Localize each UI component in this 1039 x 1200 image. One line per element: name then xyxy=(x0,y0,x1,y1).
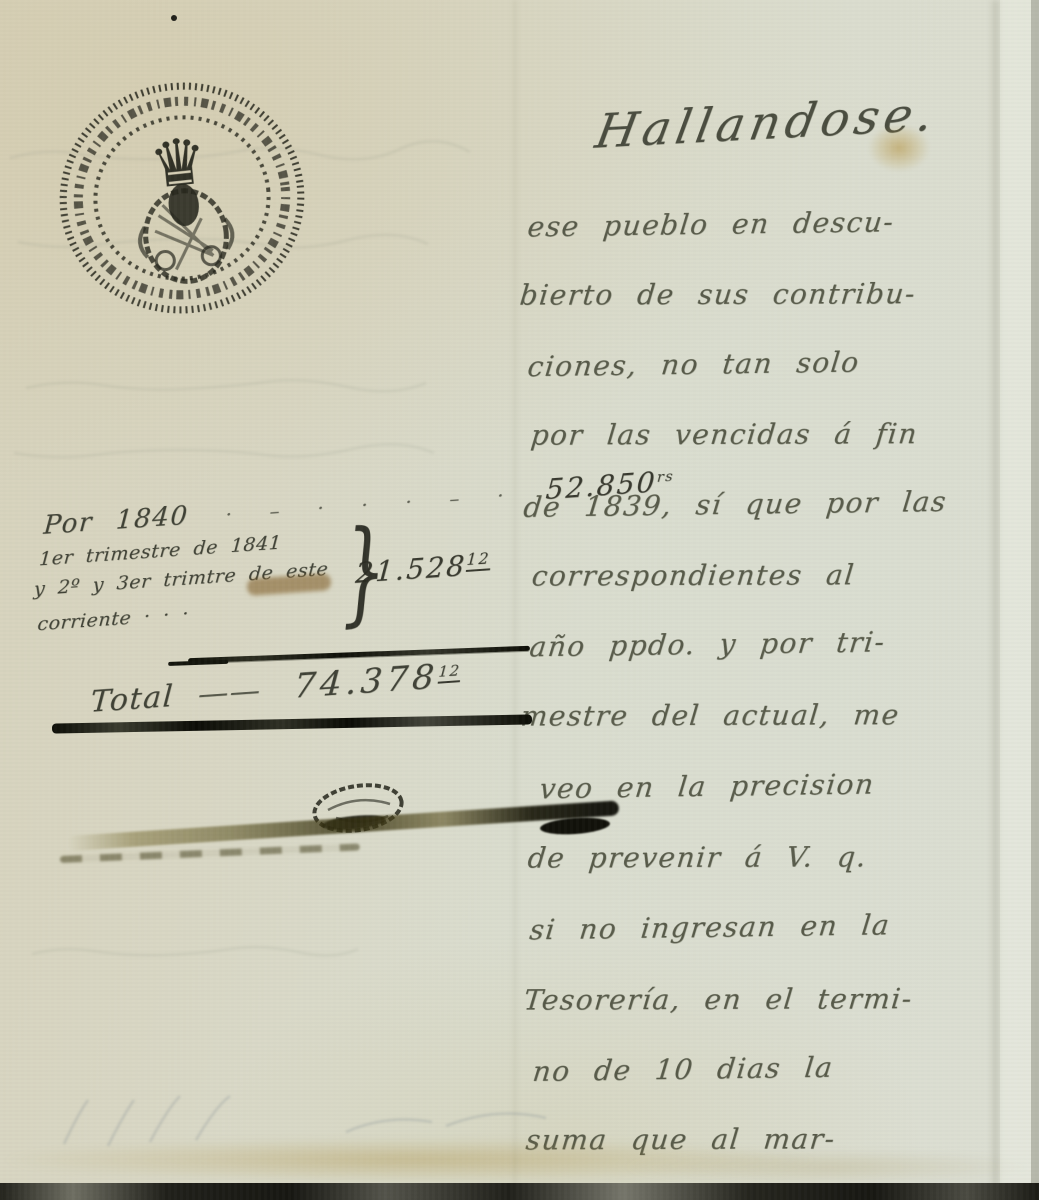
ledger-total-row: Total —— 74.37812 xyxy=(89,655,461,720)
scanned-letter-page: ♛ Hallandose. ese pueblo en descu- biert… xyxy=(0,0,1039,1200)
paper-edge xyxy=(1031,0,1039,1200)
total-sup: 12 xyxy=(438,661,462,683)
ledger-row-label: Por 1840 xyxy=(43,501,190,541)
total-value: 74.378 xyxy=(293,657,440,707)
ghost-bleedthrough-stroke xyxy=(24,372,494,402)
handwritten-line: suma que al mar- xyxy=(524,1122,837,1156)
total-label: Total xyxy=(89,679,175,720)
official-seal: ♛ xyxy=(34,58,331,337)
handwritten-line: correspondientes al xyxy=(530,558,856,592)
ledger-group-amount: 21.528 xyxy=(354,549,467,590)
fold-highlight xyxy=(1000,0,1031,1200)
handwritten-line: veo en la precision xyxy=(538,768,877,806)
scan-edge xyxy=(0,1183,1039,1200)
paper-crease xyxy=(513,0,517,1200)
fold-shadow xyxy=(992,0,999,1200)
handwritten-line: de prevenir á V. q. xyxy=(526,840,868,874)
letter-title: Hallandose. xyxy=(591,87,942,160)
ledger-row-unit: rs xyxy=(656,469,674,486)
handwritten-line: ciones, no tan solo xyxy=(526,346,862,384)
ledger-group-sup: 12 xyxy=(466,549,491,572)
handwritten-line: no de 10 dias la xyxy=(531,1051,835,1088)
total-dash: —— xyxy=(197,673,263,712)
ghost-bleedthrough-stroke xyxy=(12,438,502,468)
ink-speck xyxy=(171,15,177,21)
handwritten-line: año ppdo. y por tri- xyxy=(528,626,887,664)
handwritten-line: bierto de sus contribu- xyxy=(518,277,917,311)
handwritten-line: Tesorería, en el termi- xyxy=(522,982,914,1016)
handwritten-line: por las vencidas á fin xyxy=(529,417,919,451)
handwritten-line: si no ingresan en la xyxy=(528,908,892,946)
handwritten-line: ese pueblo en descu- xyxy=(526,205,896,243)
ledger-rule-thin xyxy=(188,646,530,664)
ghost-bleedthrough-stroke xyxy=(30,940,390,968)
ghost-bleedthrough-stroke xyxy=(46,1086,566,1156)
ledger-group-line: corriente · · · xyxy=(37,603,190,635)
handwritten-line: mestre del actual, me xyxy=(519,698,901,732)
